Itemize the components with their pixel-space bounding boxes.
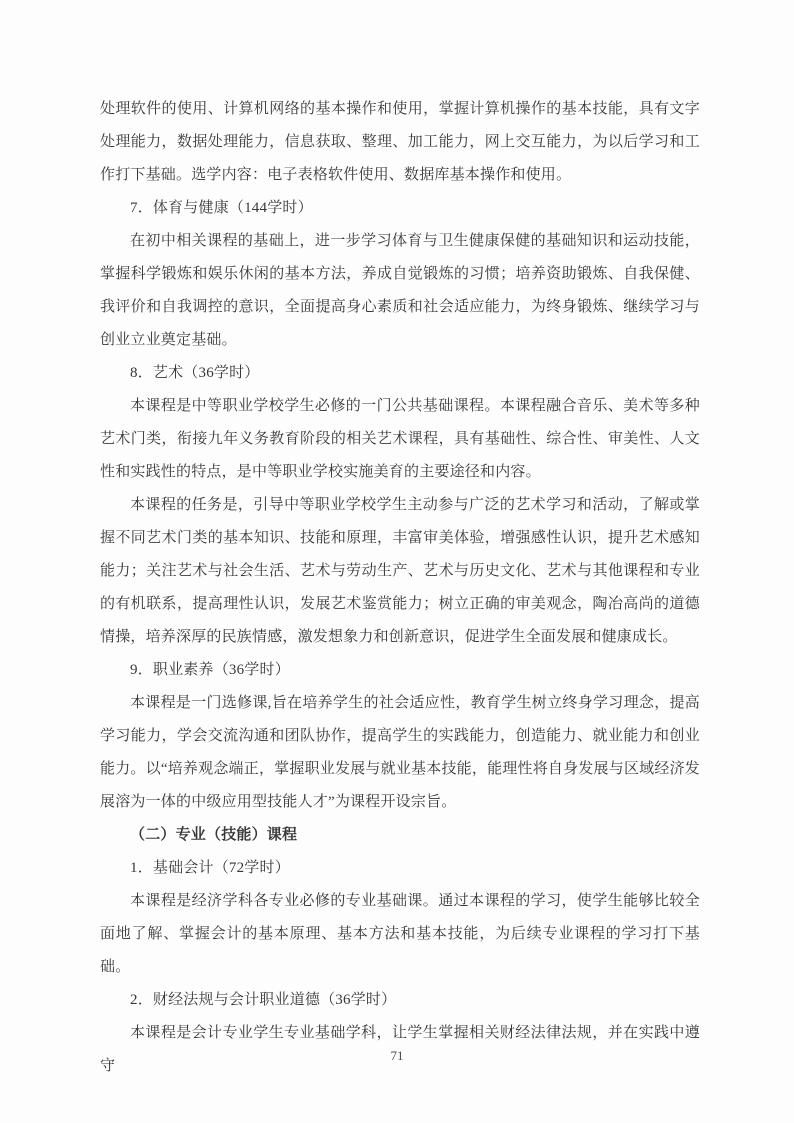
para-professional-quality-description: 本课程是一门选修课,旨在培养学生的社会适应性，教育学生树立终身学习理念，提高学习… (100, 687, 700, 819)
document-page: 处理软件的使用、计算机网络的基本操作和使用，掌握计算机操作的基本技能，具有文字处… (0, 0, 794, 1123)
heading-course-1-basic-accounting: 1．基础会计（72学时） (100, 852, 700, 885)
para-art-tasks: 本课程的任务是，引导中等职业学校学生主动参与广泛的艺术学习和活动，了解或掌握不同… (100, 489, 700, 654)
page-content: 处理软件的使用、计算机网络的基本操作和使用，掌握计算机操作的基本技能，具有文字处… (100, 93, 700, 1083)
heading-course-8-art: 8．艺术（36学时） (100, 357, 700, 390)
para-computer-course-continued: 处理软件的使用、计算机网络的基本操作和使用，掌握计算机操作的基本技能，具有文字处… (100, 93, 700, 192)
para-pe-health-description: 在初中相关课程的基础上，进一步学习体育与卫生健康保健的基础知识和运动技能，掌握科… (100, 225, 700, 357)
para-basic-accounting-description: 本课程是经济学科各专业必修的专业基础课。通过本课程的学习，使学生能够比较全面地了… (100, 885, 700, 984)
heading-course-2-finance-law-ethics: 2．财经法规与会计职业道德（36学时） (100, 984, 700, 1017)
heading-section-2-professional-skill-courses: （二）专业（技能）课程 (100, 819, 700, 852)
heading-course-9-professional-quality: 9．职业素养（36学时） (100, 654, 700, 687)
para-art-description: 本课程是中等职业学校学生必修的一门公共基础课程。本课程融合音乐、美术等多种艺术门… (100, 390, 700, 489)
page-number: 71 (0, 1048, 794, 1064)
heading-course-7-pe-health: 7．体育与健康（144学时） (100, 192, 700, 225)
